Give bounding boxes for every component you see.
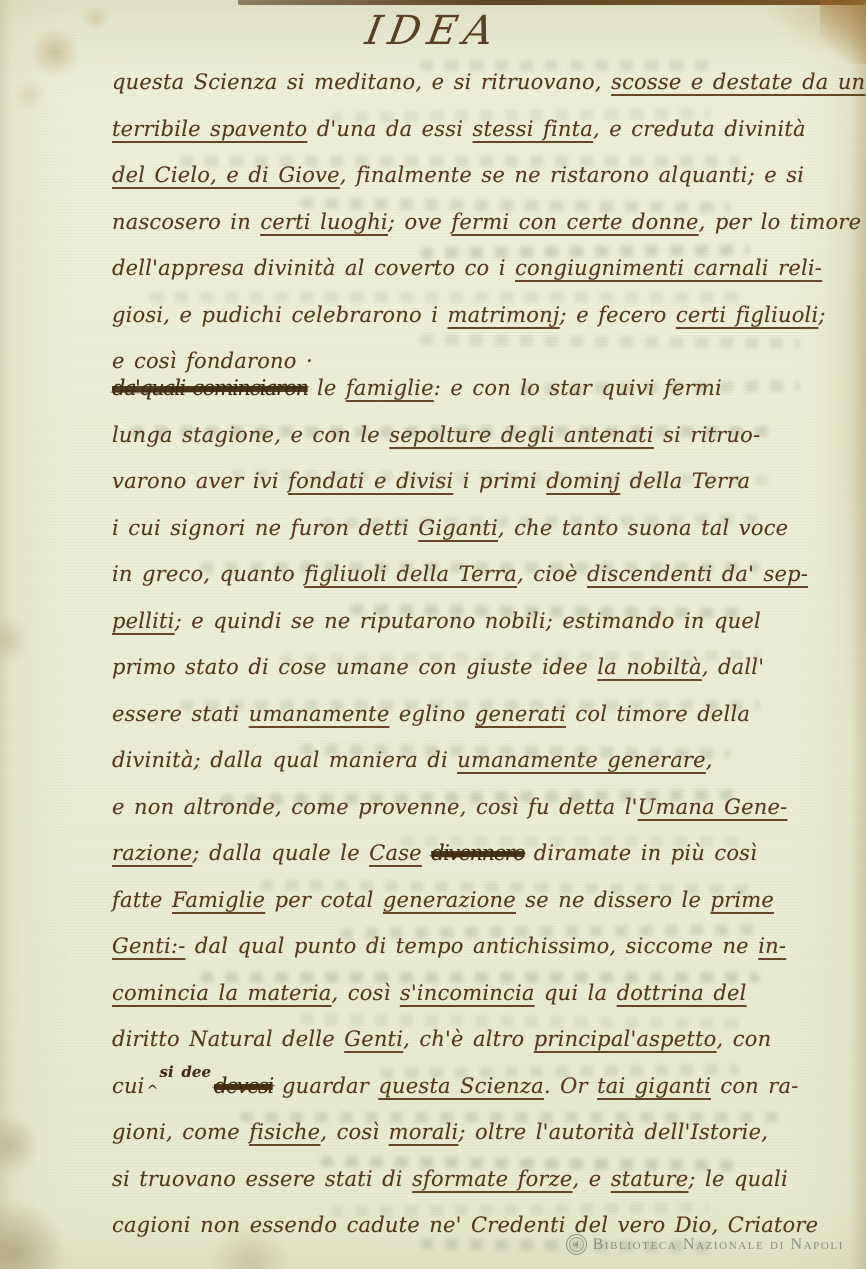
underlined-text: figliuoli della Terra (304, 562, 517, 586)
underlined-text: generati (475, 702, 566, 726)
underlined-text: umanamente generare (457, 748, 706, 772)
underlined-text: sformate forze (412, 1167, 572, 1191)
underlined-text: razione (112, 841, 192, 865)
manuscript-text: se ne dissero le (516, 888, 711, 912)
manuscript-line: da'quali cominciaron le famiglie: e con … (112, 376, 826, 423)
manuscript-text: fatte (112, 888, 172, 912)
underlined-text: congiugnimenti carnali reli- (515, 256, 822, 280)
manuscript-text: , così (332, 981, 400, 1005)
manuscript-text: della Terra (620, 469, 750, 493)
underlined-text: Umana Gene- (638, 795, 788, 819)
underlined-text: la nobiltà (597, 655, 701, 679)
underlined-text: prime (710, 888, 774, 912)
manuscript-line: e così fondarono · (112, 349, 826, 376)
manuscript-text: i primi (453, 469, 546, 493)
underlined-text: Famiglie (172, 888, 265, 912)
manuscript-line: divinità; dalla qual maniera di umanamen… (112, 748, 826, 795)
manuscript-text: col timore della (566, 702, 750, 726)
underlined-text: Giganti (418, 516, 498, 540)
manuscript-line: essere stati umanamente eglino generati … (112, 702, 826, 749)
manuscript-text: ; le quali (688, 1167, 788, 1191)
underlined-text: terribile spavento (112, 117, 307, 141)
manuscript-text: giosi, e pudichi celebrarono i (112, 303, 448, 327)
manuscript-text: , e creduta divinità (593, 117, 806, 141)
manuscript-text: e non altronde, come provenne, così fu d… (112, 795, 638, 819)
caret-mark: ^ (147, 1079, 159, 1103)
library-stamp-label: Biblioteca Nazionale di Napoli (593, 1236, 844, 1254)
manuscript-line: i cui signori ne furon detti Giganti, ch… (112, 516, 826, 563)
library-emblem-icon (566, 1234, 587, 1255)
manuscript-text: , così (320, 1120, 388, 1144)
struck-out-text: devesi (214, 1074, 273, 1098)
manuscript-text: ; (818, 303, 825, 327)
manuscript-text: qui la (535, 981, 617, 1005)
library-stamp: Biblioteca Nazionale di Napoli (566, 1234, 844, 1255)
manuscript-text: cui (112, 1074, 145, 1098)
underlined-text: dominj (546, 469, 620, 493)
manuscript-text: i cui signori ne furon detti (112, 516, 418, 540)
manuscript-text: dell'appresa divinità al coverto co i (112, 256, 515, 280)
struck-out-text: divennero (431, 841, 524, 865)
underlined-text: sepolture degli antenati (389, 423, 653, 447)
underlined-text: fisiche (249, 1120, 320, 1144)
underlined-text: stature (611, 1167, 689, 1191)
underlined-text: certi figliuoli (676, 303, 819, 327)
manuscript-text: ; ove (388, 210, 452, 234)
underlined-text: Genti (344, 1027, 403, 1051)
underlined-text: morali (389, 1120, 459, 1144)
manuscript-text: lunga stagione, e con le (112, 423, 389, 447)
underlined-text: generazione (383, 888, 516, 912)
manuscript-text: . Or (544, 1074, 597, 1098)
manuscript-text: con ra- (711, 1074, 799, 1098)
page-edge-right (850, 0, 866, 1269)
manuscript-line: lunga stagione, e con le sepolture degli… (112, 423, 826, 470)
underlined-text: umanamente (249, 702, 390, 726)
manuscript-line: primo stato di cose umane con giuste ide… (112, 655, 826, 702)
manuscript-text: divinità; dalla qual maniera di (112, 748, 457, 772)
manuscript-text: questa Scienza si meditano, e si ritruov… (112, 70, 611, 94)
underlined-text: pelliti (112, 609, 175, 633)
manuscript-text: ; oltre l'autorità dell'Istorie, (458, 1120, 768, 1144)
underlined-text: discendenti da' sep- (587, 562, 808, 586)
manuscript-line: razione; dalla quale le Case divennero d… (112, 841, 826, 888)
manuscript-line: diritto Natural delle Genti, ch'è altro … (112, 1027, 826, 1074)
struck-out-text: da'quali cominciaron (112, 376, 308, 400)
manuscript-text: , (706, 748, 713, 772)
underlined-text: comincia la materia (112, 981, 332, 1005)
underlined-text: s'incomincia (400, 981, 535, 1005)
underlined-text: fermi con certe donne (451, 210, 698, 234)
manuscript-line: e non altronde, come provenne, così fu d… (112, 795, 826, 842)
manuscript-text: primo stato di cose umane con giuste ide… (112, 655, 597, 679)
manuscript-text: ; dalla quale le (192, 841, 369, 865)
manuscript-line: si truovano essere stati di sformate for… (112, 1167, 826, 1214)
manuscript-text: d'una da essi (307, 117, 472, 141)
manuscript-line: cui^si deedevesi guardar questa Scienza.… (112, 1074, 826, 1121)
manuscript-text: eglino (389, 702, 474, 726)
page-title: IDEA (0, 8, 866, 54)
manuscript-text: nascosero in (112, 210, 260, 234)
manuscript-text: , per lo timore (699, 210, 862, 234)
underlined-text: questa Scienza (378, 1074, 544, 1098)
underlined-text: in- (758, 934, 786, 958)
manuscript-text: e così fondarono · (112, 349, 313, 373)
underlined-text: famiglie (346, 376, 434, 400)
manuscript-line: fatte Famiglie per cotal generazione se … (112, 888, 826, 935)
manuscript-line: comincia la materia, così s'incomincia q… (112, 981, 826, 1028)
manuscript-text: , finalmente se ne ristarono alquanti; e… (340, 163, 804, 187)
page-edge-top (238, 0, 866, 5)
manuscript-text: ; e quindi se ne riputarono nobili; esti… (175, 609, 761, 633)
manuscript-text: , che tanto suona tal voce (498, 516, 788, 540)
manuscript-line: dell'appresa divinità al coverto co i co… (112, 256, 826, 303)
underlined-text: tai giganti (597, 1074, 711, 1098)
underlined-text: Case (369, 841, 422, 865)
manuscript-line: questa Scienza si meditano, e si ritruov… (112, 70, 826, 117)
underlined-text: matrimonj (448, 303, 560, 327)
underlined-text: stessi finta (473, 117, 593, 141)
manuscript-page: IDEA questa Scienza si meditano, e si ri… (0, 0, 866, 1269)
underlined-text: fondati e divisi (288, 469, 453, 493)
manuscript-text: , ch'è altro (403, 1027, 534, 1051)
manuscript-text: si ritruo- (654, 423, 761, 447)
manuscript-line: terribile spavento d'una da essi stessi … (112, 117, 826, 164)
manuscript-text: guardar (273, 1074, 379, 1098)
manuscript-text: per cotal (265, 888, 383, 912)
underlined-text: del Cielo, e di Giove (112, 163, 340, 187)
manuscript-text (422, 841, 431, 865)
underlined-text: Genti:- (112, 934, 185, 958)
page-edge-left (0, 0, 12, 1269)
manuscript-text: varono aver ivi (112, 469, 288, 493)
manuscript-text: diramate in più così (524, 841, 757, 865)
underlined-text: certi luoghi (260, 210, 388, 234)
manuscript-line: del Cielo, e di Giove, finalmente se ne … (112, 163, 826, 210)
underlined-text: dottrina del (617, 981, 747, 1005)
manuscript-text: le (308, 376, 346, 400)
manuscript-text: , e (573, 1167, 611, 1191)
underlined-text: scosse e destate da un (611, 70, 865, 94)
manuscript-line: giosi, e pudichi celebrarono i matrimonj… (112, 303, 826, 350)
manuscript-line: nascosero in certi luoghi; ove fermi con… (112, 210, 826, 257)
manuscript-text: in greco, quanto (112, 562, 304, 586)
manuscript-line: pelliti; e quindi se ne riputarono nobil… (112, 609, 826, 656)
manuscript-line: Genti:- dal qual punto di tempo antichis… (112, 934, 826, 981)
manuscript-text: gioni, come (112, 1120, 249, 1144)
manuscript-line: varono aver ivi fondati e divisi i primi… (112, 469, 826, 516)
interlinear-insertion: si dee (160, 1060, 211, 1084)
manuscript-lines: questa Scienza si meditano, e si ritruov… (112, 70, 826, 1260)
manuscript-text: essere stati (112, 702, 249, 726)
manuscript-text: ; e fecero (560, 303, 676, 327)
underlined-text: principal'aspetto (534, 1027, 717, 1051)
manuscript-line: in greco, quanto figliuoli della Terra, … (112, 562, 826, 609)
manuscript-text: , con (717, 1027, 772, 1051)
manuscript-text: si truovano essere stati di (112, 1167, 412, 1191)
manuscript-text: dal qual punto di tempo antichissimo, si… (185, 934, 758, 958)
manuscript-text: , cioè (517, 562, 587, 586)
manuscript-text: , dall' (702, 655, 764, 679)
manuscript-text: : e con lo star quivi fermi (434, 376, 722, 400)
manuscript-text: diritto Natural delle (112, 1027, 344, 1051)
manuscript-line: gioni, come fisiche, così morali; oltre … (112, 1120, 826, 1167)
